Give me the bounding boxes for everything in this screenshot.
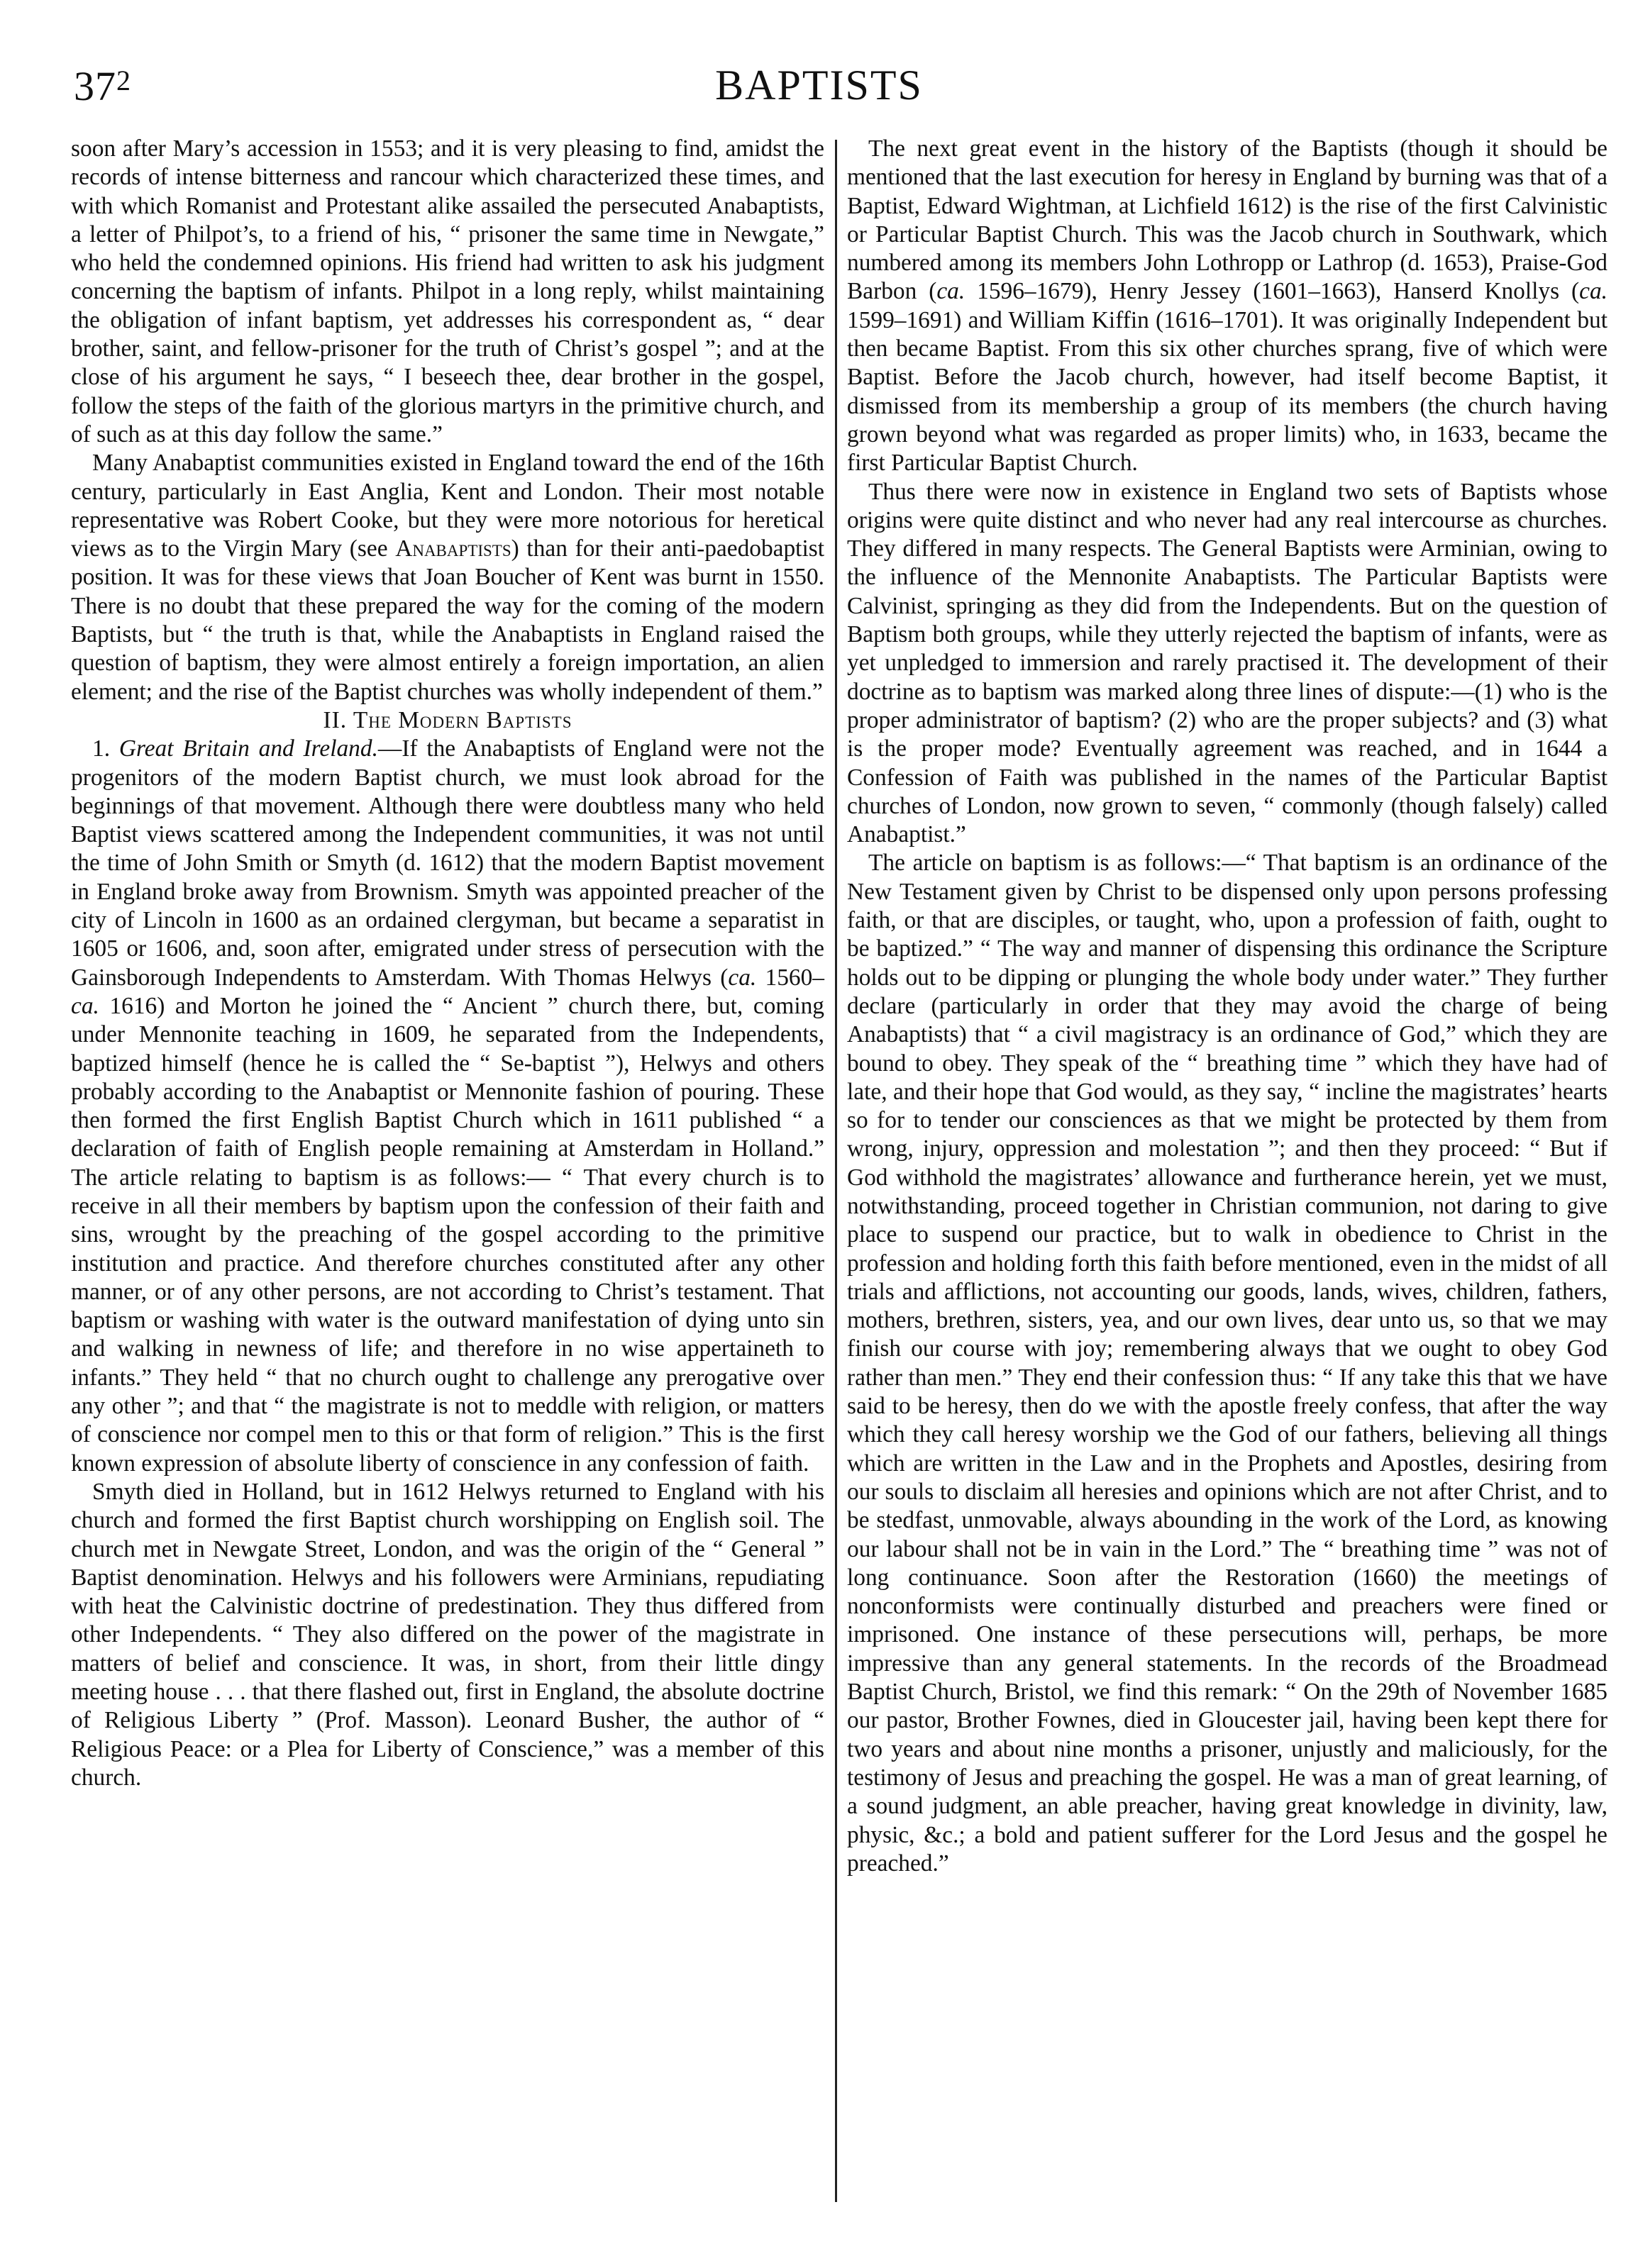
cross-reference-anabaptists[interactable]: Anabaptists [395, 535, 511, 562]
running-title: BAPTISTS [0, 61, 1638, 110]
text-run: —If the Anabaptists of England were not … [71, 735, 824, 990]
paragraph-particular-baptists: The next great event in the history of t… [847, 135, 1607, 478]
text-run-italic: ca. [71, 993, 99, 1019]
paragraph-great-britain: 1. Great Britain and Ireland.—If the Ana… [71, 735, 824, 1478]
paragraph-anabaptist-communities: Many Anabaptist communities existed in E… [71, 449, 824, 706]
section-heading: II. The Modern Baptists [71, 706, 824, 735]
left-column: soon after Mary’s accession in 1553; and… [71, 135, 824, 1792]
text-run: 1560– [756, 965, 824, 991]
column-divider [835, 140, 837, 2202]
paragraph-article-on-baptism: The article on baptism is as follows:—“ … [847, 849, 1607, 1878]
text-run: 1596–1679), Henry Jessey (1601–1663), Ha… [965, 278, 1579, 304]
paragraph-philpot-letter: soon after Mary’s accession in 1553; and… [71, 135, 824, 449]
right-column: The next great event in the history of t… [847, 135, 1607, 1878]
paragraph-smyth-died: Smyth died in Holland, but in 1612 Helwy… [71, 1478, 824, 1792]
text-run: 1599–1691) and William Kiffin (1616–1701… [847, 307, 1607, 476]
subsection-number: 1. [92, 735, 119, 762]
text-run-italic: ca. [728, 965, 756, 991]
text-run: 1616) and Morton he joined the “ Ancient… [71, 993, 824, 1477]
paragraph-two-sets-of-baptists: Thus there were now in existence in Engl… [847, 478, 1607, 850]
text-run-italic: ca. [936, 278, 965, 304]
subsection-heading: Great Britain and Ireland. [119, 735, 378, 762]
text-run-italic: ca. [1579, 278, 1607, 304]
